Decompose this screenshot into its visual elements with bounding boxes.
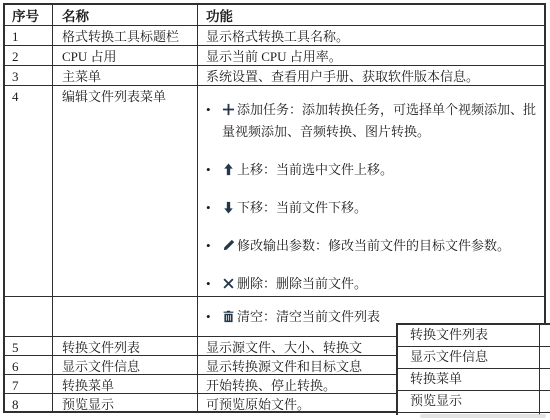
delete-icon	[222, 277, 235, 290]
row-name: 编辑文件列表菜单	[53, 86, 198, 296]
legend-item: 显示文件信息	[398, 347, 550, 369]
row-number: 1	[5, 26, 53, 45]
column-header-name: 名称	[53, 5, 198, 25]
bullet-marker: •	[206, 197, 222, 219]
row-number: 5	[5, 337, 53, 355]
bullet-item: •下移：当前文件下移。	[206, 197, 544, 219]
legend-item: 转换文件列表	[398, 325, 550, 347]
move-up-icon	[222, 163, 235, 176]
row-function: 系统设置、查看用户手册、获取软件版本信息。	[198, 66, 544, 85]
row-name	[53, 297, 198, 336]
bullet-text: 下移：当前文件下移。	[222, 197, 542, 219]
clear-icon	[222, 310, 235, 323]
row-function: •添加任务：添加转换任务，可选择单个视频添加、批量视频添加、音频转换、图片转换。…	[198, 86, 544, 296]
row-name: 显示文件信息	[53, 356, 198, 374]
bullet-item: •上移：当前选中文件上移。	[206, 159, 544, 181]
bullet-text: 添加任务：添加转换任务，可选择单个视频添加、批量视频添加、音频转换、图片转换。	[222, 99, 542, 143]
bullet-item: •修改输出参数：修改当前文件的目标文件参数。	[206, 235, 544, 257]
bullet-marker: •	[206, 159, 222, 181]
bullet-text: 删除：删除当前文件。	[222, 273, 542, 295]
table-header-row: 序号 名称 功能	[5, 5, 544, 26]
document-page: 序号 名称 功能 1格式转换工具标题栏显示格式转换工具名称。2CPU 占用显示当…	[0, 0, 550, 420]
row-number: 3	[5, 66, 53, 85]
bullet-marker: •	[206, 235, 222, 257]
bullet-marker: •	[206, 99, 222, 143]
row-function: 显示当前 CPU 占用率。	[198, 46, 544, 65]
bullet-marker: •	[206, 273, 222, 295]
column-header-function: 功能	[198, 5, 544, 25]
column-header-number: 序号	[5, 5, 53, 25]
table-row: 3主菜单系统设置、查看用户手册、获取软件版本信息。	[5, 66, 544, 86]
row-number: 4	[5, 86, 53, 296]
bullet-item: •添加任务：添加转换任务，可选择单个视频添加、批量视频添加、音频转换、图片转换。	[206, 99, 544, 143]
bullet-text: 上移：当前选中文件上移。	[222, 159, 542, 181]
row-number: 2	[5, 46, 53, 65]
table-row: 1格式转换工具标题栏显示格式转换工具名称。	[5, 26, 544, 46]
bullet-marker: •	[206, 306, 222, 328]
legend-table: 转换文件列表显示文件信息转换菜单预览显示	[396, 323, 550, 415]
legend-item: 预览显示	[398, 391, 550, 413]
row-name: 预览显示	[53, 394, 198, 411]
table-row: 2CPU 占用显示当前 CPU 占用率。	[5, 46, 544, 66]
row-number	[5, 297, 53, 336]
bullet-text: 修改输出参数：修改当前文件的目标文件参数。	[222, 235, 542, 257]
move-down-icon	[222, 201, 235, 214]
row-function: 显示格式转换工具名称。	[198, 26, 544, 45]
add-task-icon	[222, 103, 235, 116]
row-name: 主菜单	[53, 66, 198, 85]
row-name: CPU 占用	[53, 46, 198, 65]
row-name: 转换菜单	[53, 375, 198, 393]
edit-params-icon	[222, 239, 235, 252]
row-number: 8	[5, 394, 53, 411]
row-number: 6	[5, 356, 53, 374]
bullet-list: •添加任务：添加转换任务，可选择单个视频添加、批量视频添加、音频转换、图片转换。…	[206, 87, 544, 295]
scan-artifact	[420, 414, 546, 418]
row-number: 7	[5, 375, 53, 393]
row-name: 格式转换工具标题栏	[53, 26, 198, 45]
bullet-item: •删除：删除当前文件。	[206, 273, 544, 295]
legend-item: 转换菜单	[398, 369, 550, 391]
row-name: 转换文件列表	[53, 337, 198, 355]
table-row: 4编辑文件列表菜单•添加任务：添加转换任务，可选择单个视频添加、批量视频添加、音…	[5, 86, 544, 297]
